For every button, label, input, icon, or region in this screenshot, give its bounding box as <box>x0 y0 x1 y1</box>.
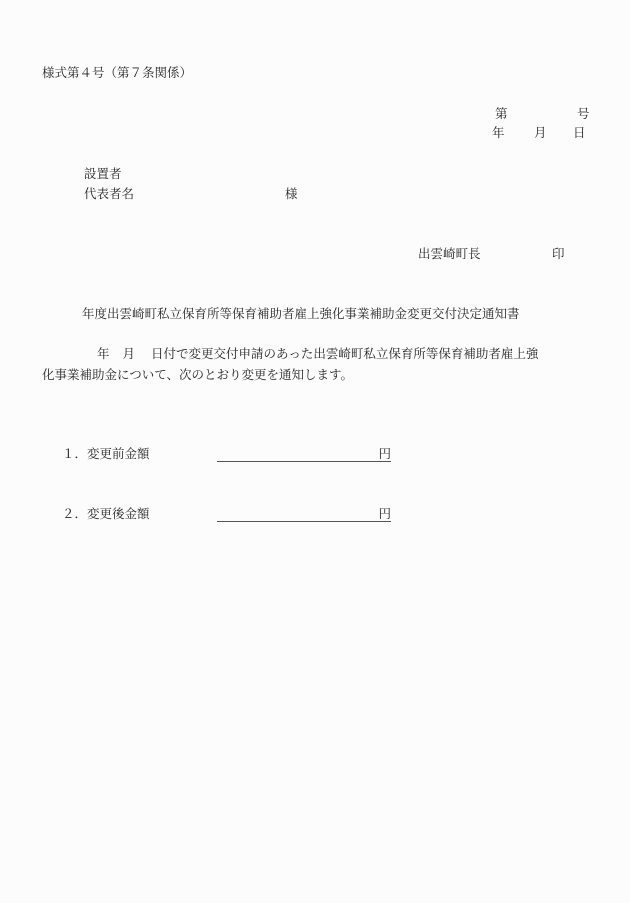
representative-name-label: 代表者名 <box>84 188 134 201</box>
body-year: 年 <box>97 346 110 361</box>
sender-title: 出雲崎町長 <box>418 248 481 261</box>
installer-label: 設置者 <box>84 168 122 181</box>
body-month: 月 <box>123 346 136 361</box>
seal-mark: 印 <box>552 248 565 261</box>
date-day-label: 日 <box>573 127 586 140</box>
yen-unit: 円 <box>378 448 391 461</box>
document-number-prefix: 第 <box>495 108 508 121</box>
item-label-before-amount: １．変更前金額 <box>62 448 150 461</box>
yen-unit: 円 <box>378 508 391 521</box>
honorific: 様 <box>285 188 298 201</box>
document-title: 年度出雲崎町私立保育所等保育補助者雇上強化事業補助金変更交付決定通知書 <box>82 308 520 321</box>
item-label-after-amount: ２．変更後金額 <box>62 508 150 521</box>
body-rest: 日付で変更交付申請のあった出雲崎町私立保育所等保育補助者雇上強 <box>151 346 538 361</box>
document-number-suffix: 号 <box>577 108 590 121</box>
before-amount-field[interactable]: 円 <box>217 447 391 462</box>
after-amount-field[interactable]: 円 <box>217 507 391 522</box>
date-month-label: 月 <box>534 127 547 140</box>
body-line-2: 化事業補助金について、次のとおり変更を通知します。 <box>42 369 353 382</box>
date-year-label: 年 <box>492 127 505 140</box>
body-line-1: 年月日付で変更交付申請のあった出雲崎町私立保育所等保育補助者雇上強 <box>97 348 538 361</box>
form-number: 様式第４号（第７条関係） <box>42 67 192 80</box>
